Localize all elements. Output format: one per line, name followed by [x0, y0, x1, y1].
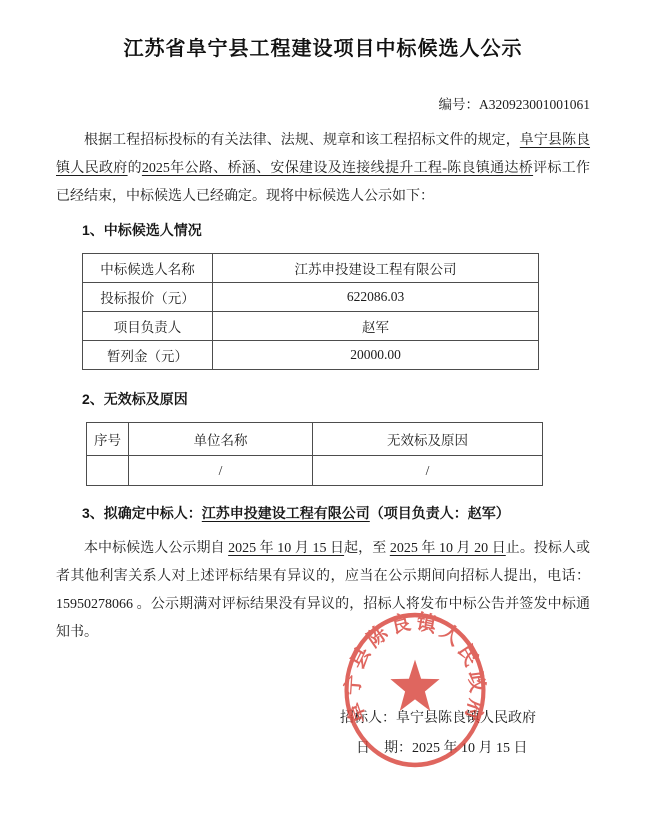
signature-block: 招标人：阜宁县陈良镇人民政府 日 期：2025 年 10 月 15 日 [56, 704, 590, 764]
project-manager-label: 项目负责人 [83, 312, 213, 341]
table-row: 投标报价（元） 622086.03 [83, 283, 539, 312]
table-row: 项目负责人 赵军 [83, 312, 539, 341]
winner-prefix: 3、拟确定中标人： [82, 505, 202, 521]
project-manager-value: 赵军 [213, 312, 539, 341]
bid-price-value: 622086.03 [213, 283, 539, 312]
candidate-name-label: 中标候选人名称 [83, 254, 213, 283]
section3-heading: 3、拟确定中标人：江苏申投建设工程有限公司（项目负责人：赵军） [82, 503, 590, 523]
winner-name-underlined: 江苏申投建设工程有限公司 [202, 505, 370, 521]
candidate-name-value: 江苏申投建设工程有限公司 [213, 254, 539, 283]
provisional-sum-label: 暂列金（元） [83, 341, 213, 370]
publicity-start-date-underlined: 2025 年 10 月 15 日 [228, 541, 344, 556]
provisional-sum-value: 20000.00 [213, 341, 539, 370]
table-row: 暂列金（元） 20000.00 [83, 341, 539, 370]
page-title: 江苏省阜宁县工程建设项目中标候选人公示 [56, 36, 590, 62]
invalid-row-unit: / [129, 456, 313, 486]
invalid-bid-table: 序号 单位名称 无效标及原因 / / [86, 422, 543, 486]
col-header-unit-name: 单位名称 [129, 423, 313, 456]
notice-middle: 起，至 [344, 541, 390, 556]
notice-paragraph: 本中标候选人公示期自 2025 年 10 月 15 日起，至 2025 年 10… [56, 535, 590, 647]
bid-price-label: 投标报价（元） [83, 283, 213, 312]
project-name-underlined: 2025年公路、桥涵、安保建设及连接线提升工程-陈良镇通达桥 [142, 161, 533, 176]
col-header-invalid-reason: 无效标及原因 [313, 423, 543, 456]
col-header-index: 序号 [87, 423, 129, 456]
section2-heading: 2、无效标及原因 [82, 389, 590, 409]
table-header-row: 序号 单位名称 无效标及原因 [87, 423, 543, 456]
table-row: 中标候选人名称 江苏申投建设工程有限公司 [83, 254, 539, 283]
notice-text: 本中标候选人公示期自 [84, 541, 228, 556]
candidate-table: 中标候选人名称 江苏申投建设工程有限公司 投标报价（元） 622086.03 项… [82, 253, 539, 370]
intro-connector: 的 [128, 161, 142, 176]
tenderer-signature-line: 招标人：阜宁县陈良镇人民政府 [340, 704, 590, 734]
intro-text: 根据工程招标投标的有关法律、法规、规章和该工程招标文件的规定， [84, 133, 520, 148]
section1-heading: 1、中标候选人情况 [82, 220, 590, 240]
publicity-end-date-underlined: 2025 年 10 月 20 日 [390, 541, 506, 556]
serial-number: 编号：A320923001001061 [56, 96, 590, 114]
invalid-row-reason: / [313, 456, 543, 486]
announcement-document: 江苏省阜宁县工程建设项目中标候选人公示 编号：A320923001001061 … [0, 0, 646, 829]
intro-paragraph: 根据工程招标投标的有关法律、法规、规章和该工程招标文件的规定，阜宁县陈良镇人民政… [56, 127, 590, 211]
winner-suffix: （项目负责人：赵军） [370, 505, 510, 521]
table-row: / / [87, 456, 543, 486]
date-line: 日 期：2025 年 10 月 15 日 [356, 734, 590, 764]
invalid-row-index [87, 456, 129, 486]
